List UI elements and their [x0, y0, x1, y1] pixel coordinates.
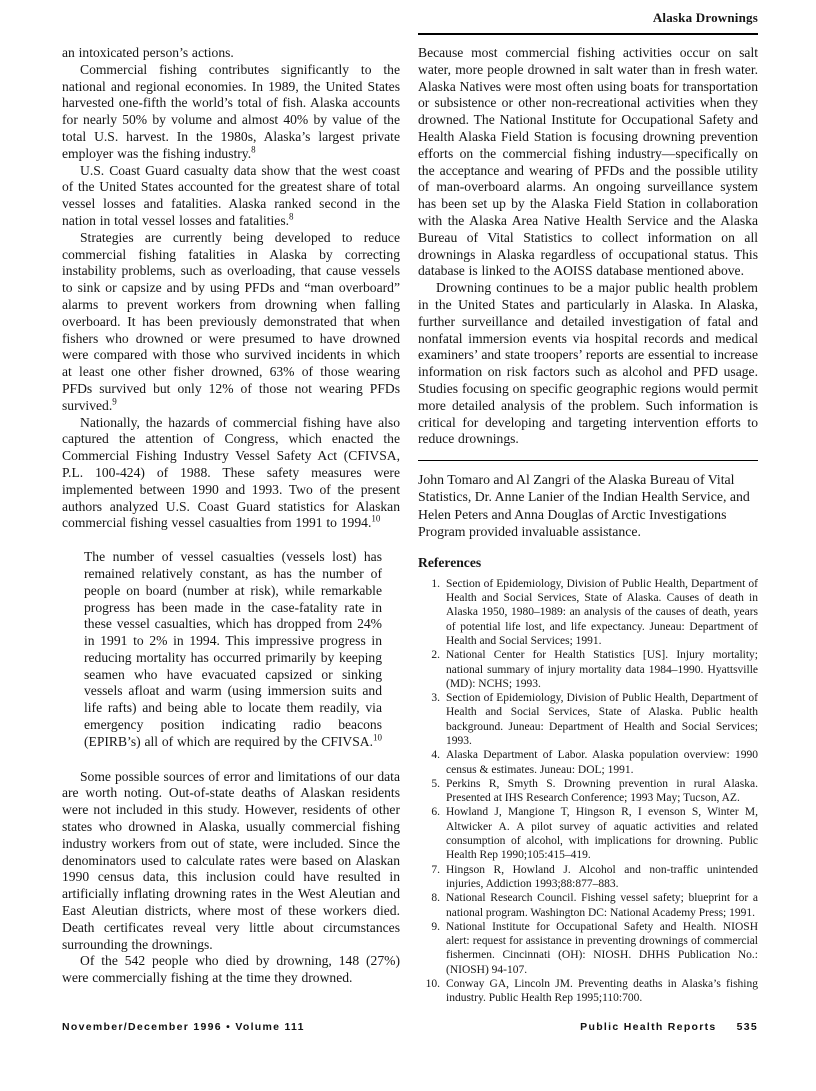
running-head: Alaska Drownings	[653, 10, 758, 26]
reference-text: Hingson R, Howland J. Alcohol and non-tr…	[446, 863, 758, 892]
footer-journal-line: Public Health Reports535	[580, 1021, 758, 1033]
two-column-body: an intoxicated person’s actions. Commerc…	[62, 45, 758, 1006]
reference-item: 2. National Center for Health Statistics…	[418, 648, 758, 691]
paragraph-text: Commercial fishing contributes significa…	[62, 62, 400, 161]
reference-number: 5.	[418, 777, 446, 806]
footnote-marker: 10	[373, 732, 382, 742]
paragraph: Nationally, the hazards of commercial fi…	[62, 415, 400, 533]
journal-page: Alaska Drownings an intoxicated person’s…	[0, 0, 816, 1091]
paragraph-text: an intoxicated person’s actions.	[62, 45, 234, 60]
page-footer: November/December 1996 • Volume 111 Publ…	[62, 1021, 758, 1033]
left-column: an intoxicated person’s actions. Commerc…	[62, 45, 400, 1006]
paragraph: Strategies are currently being developed…	[62, 230, 400, 415]
reference-text: Alaska Department of Labor. Alaska popul…	[446, 748, 758, 777]
reference-number: 4.	[418, 748, 446, 777]
paragraph: Drowning continues to be a major public …	[418, 280, 758, 448]
references-heading: References	[418, 555, 758, 572]
reference-text: National Research Council. Fishing vesse…	[446, 891, 758, 920]
paragraph-text: U.S. Coast Guard casualty data show that…	[62, 163, 400, 228]
reference-number: 10.	[418, 977, 446, 1006]
paragraph: Some possible sources of error and limit…	[62, 769, 400, 954]
reference-number: 3.	[418, 691, 446, 748]
block-quote: The number of vessel casualties (vessels…	[84, 549, 382, 751]
reference-item: 6. Howland J, Mangione T, Hingson R, I e…	[418, 805, 758, 862]
reference-number: 7.	[418, 863, 446, 892]
reference-item: 3. Section of Epidemiology, Division of …	[418, 691, 758, 748]
reference-item: 8. National Research Council. Fishing ve…	[418, 891, 758, 920]
paragraph-text: Some possible sources of error and limit…	[62, 769, 400, 952]
footer-issue: November/December 1996 • Volume 111	[62, 1021, 305, 1033]
reference-text: Howland J, Mangione T, Hingson R, I even…	[446, 805, 758, 862]
paragraph-text: Of the 542 people who died by drowning, …	[62, 953, 400, 985]
footnote-marker: 8	[251, 144, 256, 154]
reference-item: 4. Alaska Department of Labor. Alaska po…	[418, 748, 758, 777]
acknowledgment: John Tomaro and Al Zangri of the Alaska …	[418, 471, 758, 540]
reference-item: 10. Conway GA, Lincoln JM. Preventing de…	[418, 977, 758, 1006]
reference-number: 8.	[418, 891, 446, 920]
reference-item: 5. Perkins R, Smyth S. Drowning preventi…	[418, 777, 758, 806]
reference-text: Perkins R, Smyth S. Drowning prevention …	[446, 777, 758, 806]
reference-item: 1. Section of Epidemiology, Division of …	[418, 577, 758, 648]
reference-number: 6.	[418, 805, 446, 862]
footnote-marker: 8	[289, 211, 294, 221]
right-column: Because most commercial fishing activiti…	[418, 45, 758, 1006]
reference-item: 7. Hingson R, Howland J. Alcohol and non…	[418, 863, 758, 892]
footnote-marker: 10	[371, 514, 380, 524]
reference-text: Section of Epidemiology, Division of Pub…	[446, 577, 758, 648]
reference-text: National Center for Health Statistics [U…	[446, 648, 758, 691]
paragraph-text: Strategies are currently being developed…	[62, 230, 400, 413]
header-rule	[418, 33, 758, 35]
paragraph-text: Because most commercial fishing activiti…	[418, 45, 758, 278]
paragraph-text: Drowning continues to be a major public …	[418, 280, 758, 446]
footer-journal-name: Public Health Reports	[580, 1021, 716, 1033]
section-divider	[418, 460, 758, 461]
reference-number: 2.	[418, 648, 446, 691]
footnote-marker: 9	[112, 396, 117, 406]
paragraph: U.S. Coast Guard casualty data show that…	[62, 163, 400, 230]
quote-text: The number of vessel casualties (vessels…	[84, 549, 382, 749]
reference-text: Section of Epidemiology, Division of Pub…	[446, 691, 758, 748]
paragraph: Because most commercial fishing activiti…	[418, 45, 758, 280]
paragraph: an intoxicated person’s actions.	[62, 45, 400, 62]
reference-number: 1.	[418, 577, 446, 648]
paragraph-text: Nationally, the hazards of commercial fi…	[62, 415, 400, 531]
reference-text: Conway GA, Lincoln JM. Preventing deaths…	[446, 977, 758, 1006]
paragraph: Commercial fishing contributes significa…	[62, 62, 400, 163]
reference-number: 9.	[418, 920, 446, 977]
paragraph: Of the 542 people who died by drowning, …	[62, 953, 400, 987]
reference-text: National Institute for Occupational Safe…	[446, 920, 758, 977]
footer-page-number: 535	[737, 1021, 758, 1033]
reference-item: 9. National Institute for Occupational S…	[418, 920, 758, 977]
